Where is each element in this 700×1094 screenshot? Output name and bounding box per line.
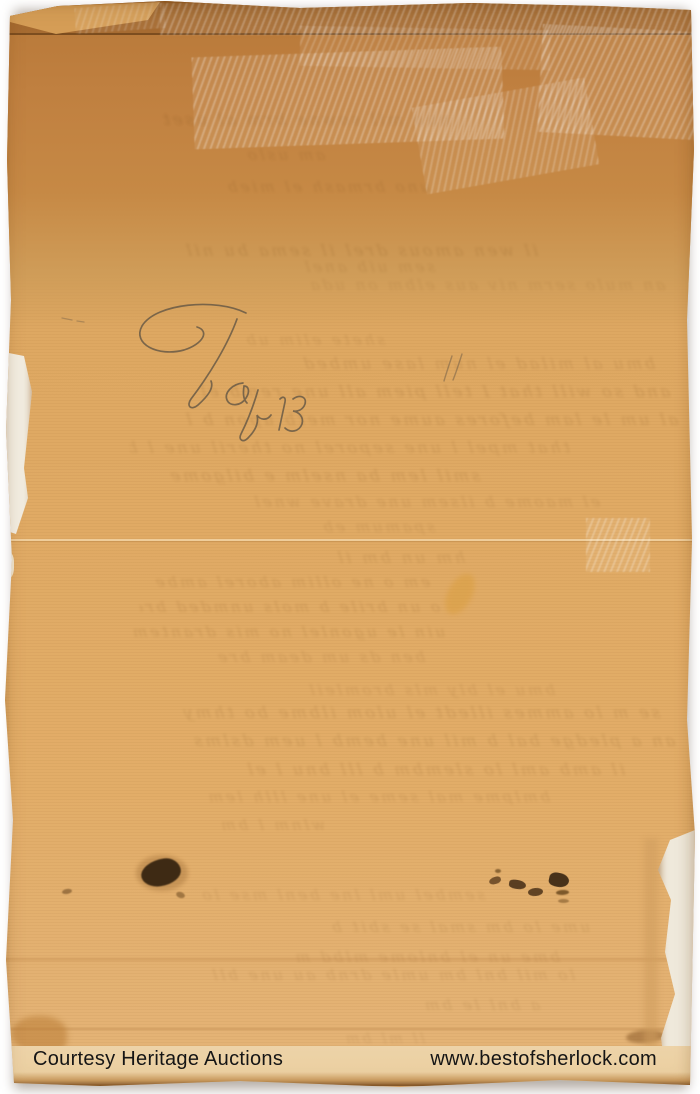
auction-photo-manuscript-verso: nuo mil sowne brm al usetam uslouno brma… (0, 0, 700, 1094)
stain-layer (0, 0, 700, 1094)
stain-mark (175, 891, 186, 900)
stain-mark (439, 569, 481, 619)
stain-mark (495, 869, 501, 873)
manuscript-page: nuo mil sowne brm al usetam uslouno brma… (0, 0, 700, 1094)
stain-mark (488, 876, 501, 886)
stain-mark (548, 871, 570, 889)
stain-mark (62, 888, 73, 895)
stain-mark (556, 890, 569, 896)
right-edge-bevel (644, 838, 658, 1053)
left-edge-small-chip (2, 552, 14, 578)
caption-website: www.bestofsherlock.com (430, 1048, 657, 1071)
stain-mark (528, 887, 544, 896)
stain-mark (508, 879, 526, 890)
stain-mark (558, 899, 569, 903)
caption-credit: Courtesy Heritage Auctions (33, 1048, 283, 1071)
